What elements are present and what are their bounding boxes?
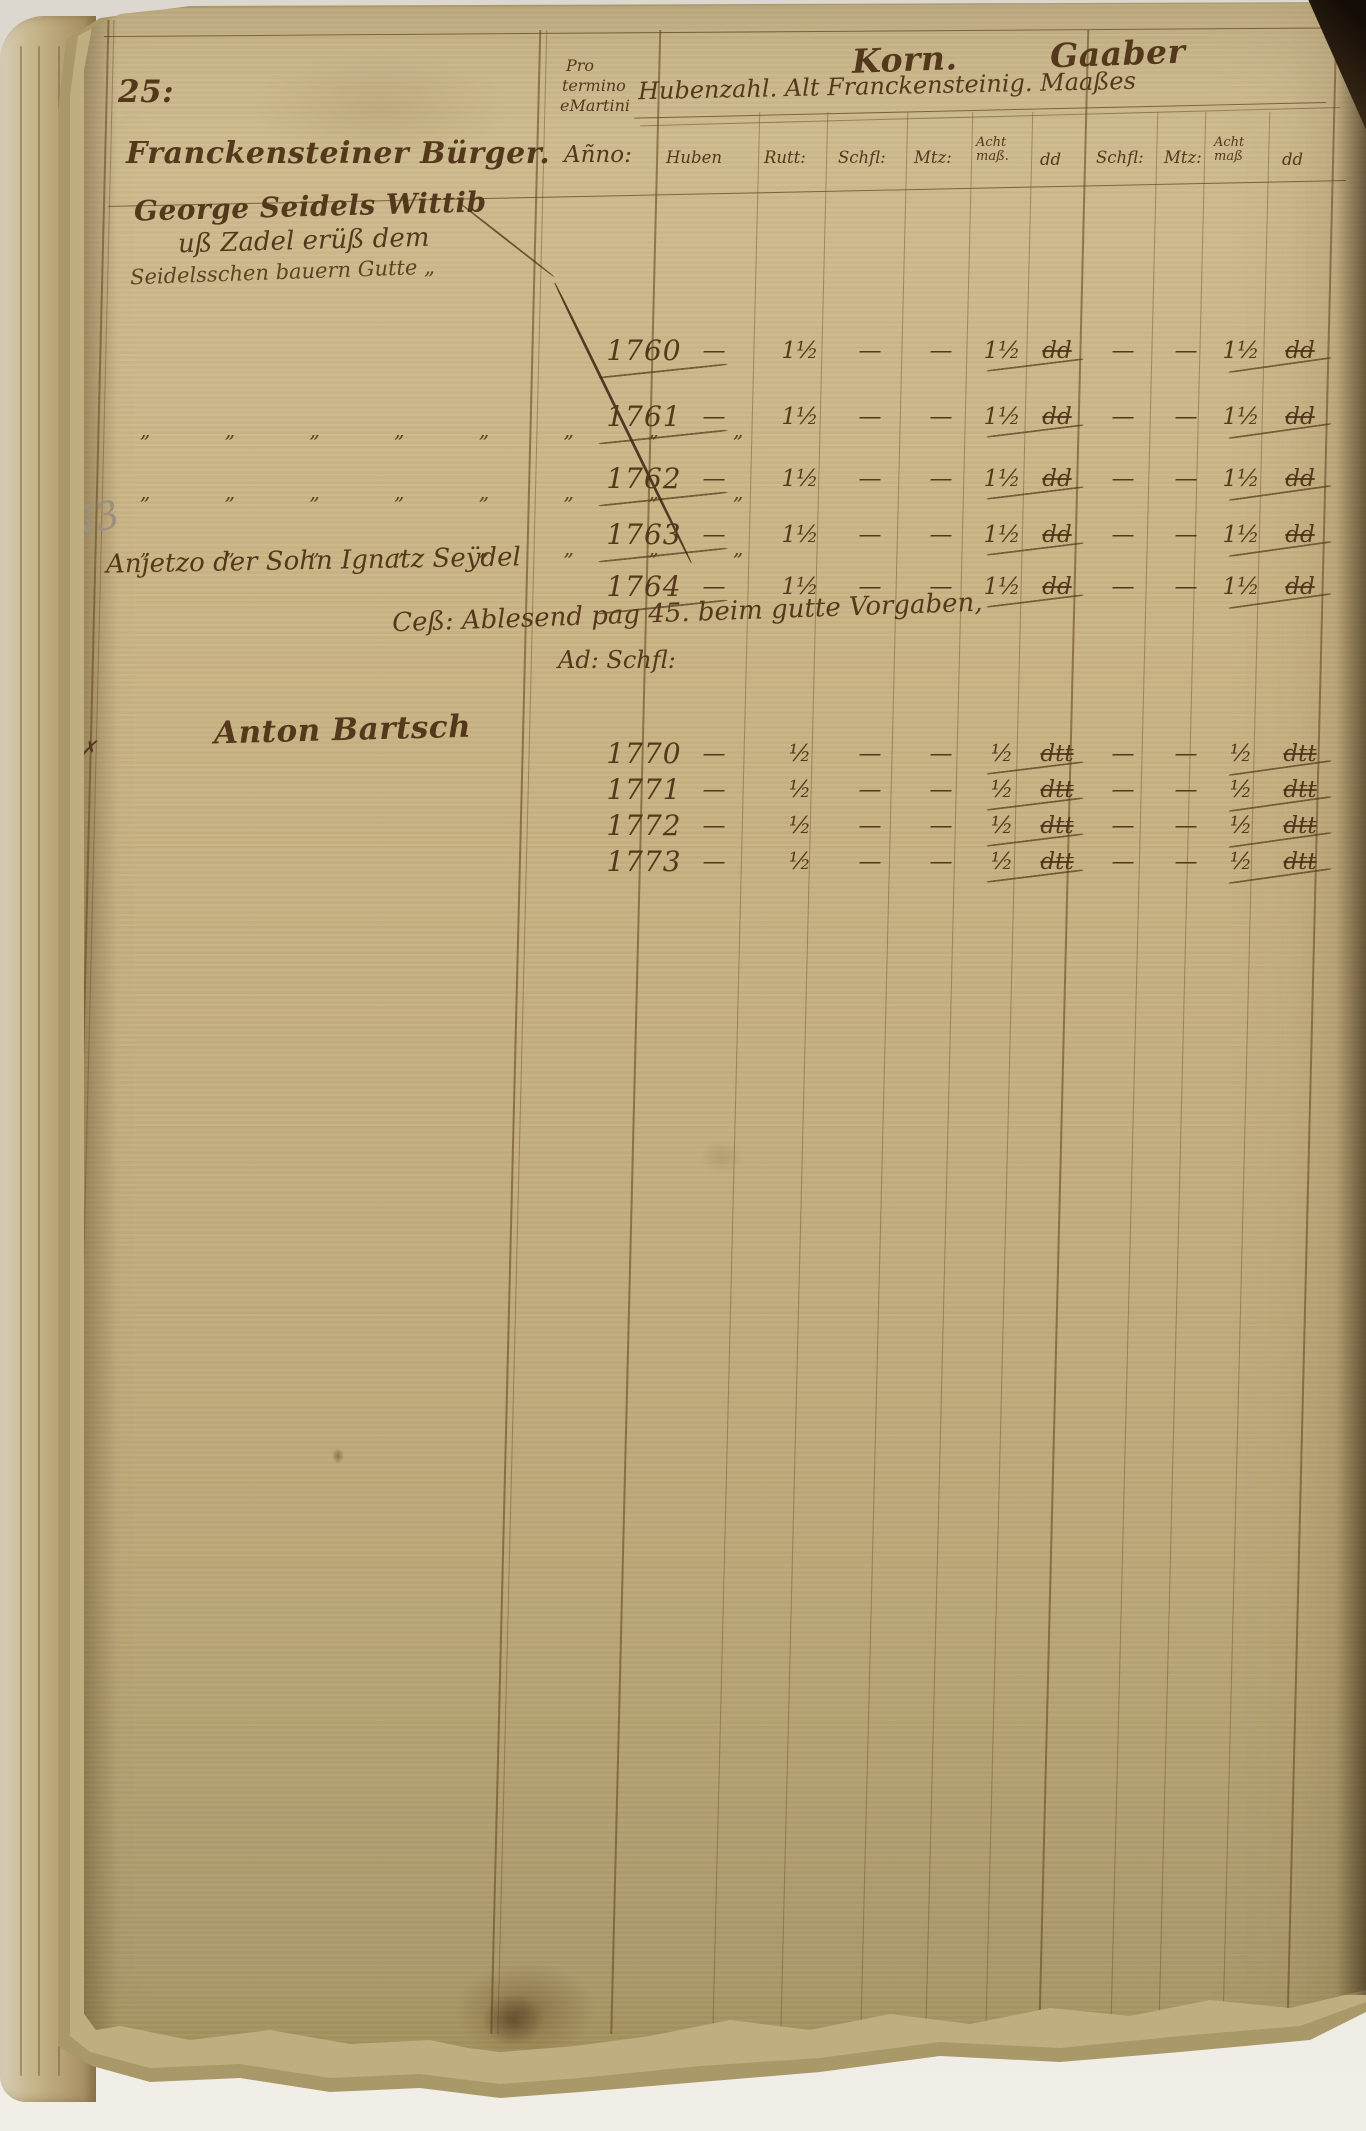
gaaber-schfl-cell: —: [1112, 404, 1135, 430]
ledger-sheet: 25: Korn. Gaaber Hubenzahl. Alt Francken…: [0, 0, 1366, 2131]
schfl-cell: —: [859, 338, 882, 364]
column-rule: [860, 112, 908, 2034]
column-label-rutt: Rutt:: [764, 148, 806, 167]
column-label-dd-2: dd: [1282, 150, 1303, 169]
dd-cell: dd: [1042, 574, 1071, 600]
achtmass-cell: 1½: [984, 522, 1021, 548]
gaaber-mtz-cell: —: [1175, 849, 1198, 875]
year-cell: 1772: [606, 809, 681, 842]
gaaber-schfl-cell: —: [1112, 522, 1135, 548]
achtmass-cell: ½: [991, 849, 1013, 875]
achtmass-cell: ½: [991, 777, 1013, 803]
schfl-cell: —: [859, 404, 882, 430]
rutt-cell: ½: [789, 741, 811, 767]
gaaber-dd-cell: dtt: [1283, 849, 1316, 875]
page-curl-shadow: [1336, 0, 1366, 1995]
rutt-cell: 1½: [782, 522, 819, 548]
dd-cell: dd: [1042, 522, 1071, 548]
gaaber-schfl-cell: —: [1112, 466, 1135, 492]
rutt-cell: 1½: [782, 338, 819, 364]
column-rule: [1158, 112, 1206, 2034]
gaaber-achtmass-cell: 1½: [1223, 338, 1260, 364]
mtz-cell: —: [930, 522, 953, 548]
gaaber-achtmass-cell: ½: [1230, 741, 1252, 767]
gaaber-dd-cell: dd: [1285, 466, 1314, 492]
entry-name-anton-bartsch: Anton Bartsch: [214, 709, 472, 752]
gaaber-achtmass-cell: ½: [1230, 777, 1252, 803]
dd-cell: dtt: [1040, 777, 1073, 803]
gaaber-dd-cell: dtt: [1283, 813, 1316, 839]
paper-speck: [332, 1448, 344, 1464]
paper-stain: [700, 1140, 744, 1174]
gaaber-achtmass-cell: 1½: [1223, 574, 1260, 600]
mtz-cell: —: [930, 404, 953, 430]
column-rule: [1286, 24, 1337, 2034]
rutt-cell: 1½: [782, 404, 819, 430]
huben-cell: —: [703, 338, 726, 364]
huben-cell: —: [703, 777, 726, 803]
year-cell: 1760: [606, 334, 681, 367]
column-label-mtz: Mtz:: [914, 148, 952, 167]
schfl-cell: —: [859, 813, 882, 839]
gaaber-mtz-cell: —: [1175, 813, 1198, 839]
gaaber-achtmass-cell: 1½: [1223, 522, 1260, 548]
gaaber-mtz-cell: —: [1175, 777, 1198, 803]
term-line-pro: Pro: [566, 56, 594, 75]
schfl-cell: —: [859, 466, 882, 492]
gaaber-schfl-cell: —: [1112, 741, 1135, 767]
scanned-ledger-page: 25: Korn. Gaaber Hubenzahl. Alt Francken…: [0, 0, 1366, 2131]
term-line-termino: termino: [562, 76, 626, 95]
gaaber-schfl-cell: —: [1112, 574, 1135, 600]
cession-addendum: Ad: Schfl:: [558, 646, 676, 674]
column-rule: [712, 112, 760, 2034]
gaaber-mtz-cell: —: [1175, 338, 1198, 364]
gaaber-dd-cell: dd: [1285, 574, 1314, 600]
gaaber-dd-cell: dtt: [1283, 777, 1316, 803]
rutt-cell: 1½: [782, 466, 819, 492]
gaaber-achtmass-cell: ½: [1230, 849, 1252, 875]
gaaber-dd-cell: dd: [1285, 338, 1314, 364]
gaaber-schfl-cell: —: [1112, 813, 1135, 839]
column-label-mtz-2: Mtz:: [1164, 148, 1202, 167]
dd-cell: dd: [1042, 338, 1071, 364]
gaaber-schfl-cell: —: [1112, 849, 1135, 875]
gaaber-achtmass-cell: 1½: [1223, 466, 1260, 492]
column-rule: [985, 112, 1033, 2034]
gaaber-mtz-cell: —: [1175, 574, 1198, 600]
rutt-cell: ½: [789, 849, 811, 875]
gaaber-mtz-cell: —: [1175, 404, 1198, 430]
achtmass-cell: 1½: [984, 338, 1021, 364]
column-rule: [497, 30, 547, 2034]
rutt-cell: ½: [789, 777, 811, 803]
year-cell: 1771: [606, 773, 681, 806]
gaaber-dd-cell: dd: [1285, 404, 1314, 430]
dd-cell: dtt: [1040, 813, 1073, 839]
mtz-cell: —: [930, 849, 953, 875]
column-rule: [780, 112, 828, 2034]
ditto-marks: „ „ „ „ „ „ „ „: [140, 480, 777, 504]
column-label-huben: Huben: [666, 148, 722, 167]
achtmass-cell: 1½: [984, 466, 1021, 492]
column-rule: [610, 30, 660, 2034]
column-label-schfl-2: Schfl:: [1096, 148, 1144, 167]
year-cell: 1770: [606, 737, 681, 770]
gaaber-mtz-cell: —: [1175, 522, 1198, 548]
anno-column-label: Añno:: [564, 142, 632, 168]
gaaber-mtz-cell: —: [1175, 466, 1198, 492]
huben-cell: —: [703, 849, 726, 875]
mtz-cell: —: [930, 777, 953, 803]
column-label-schfl: Schfl:: [838, 148, 886, 167]
mtz-cell: —: [930, 466, 953, 492]
achtmass-cell: 1½: [984, 574, 1021, 600]
dd-cell: dtt: [1040, 741, 1073, 767]
rutt-cell: ½: [789, 813, 811, 839]
column-rule: [1038, 30, 1088, 2034]
schfl-cell: —: [859, 849, 882, 875]
gaaber-achtmass-cell: 1½: [1223, 404, 1260, 430]
gaaber-dd-cell: dtt: [1283, 741, 1316, 767]
schfl-cell: —: [859, 777, 882, 803]
column-label-dd: dd: [1040, 150, 1061, 169]
page-number: 25:: [118, 74, 174, 110]
table-rules: [0, 0, 1366, 2131]
schfl-cell: —: [859, 741, 882, 767]
schfl-cell: —: [859, 522, 882, 548]
ink-bleedthrough: [250, 52, 510, 162]
column-label-achtmass: Acht maß.: [976, 136, 1034, 163]
year-cell: 1773: [606, 845, 681, 878]
ditto-marks: „ „ „ „ „ „ „ „: [140, 418, 777, 442]
huben-cell: —: [703, 741, 726, 767]
gaaber-achtmass-cell: ½: [1230, 813, 1252, 839]
column-rule: [490, 30, 540, 2034]
achtmass-cell: 1½: [984, 404, 1021, 430]
gaaber-mtz-cell: —: [1175, 741, 1198, 767]
mtz-cell: —: [930, 741, 953, 767]
ink-stain: [482, 1994, 544, 2046]
dd-cell: dtt: [1040, 849, 1073, 875]
page-edge-line: [38, 46, 40, 2076]
achtmass-cell: ½: [991, 813, 1013, 839]
column-rule: [1110, 112, 1158, 2034]
gaaber-schfl-cell: —: [1112, 338, 1135, 364]
mtz-cell: —: [930, 338, 953, 364]
gaaber-dd-cell: dd: [1285, 522, 1314, 548]
achtmass-cell: ½: [991, 741, 1013, 767]
mtz-cell: —: [930, 813, 953, 839]
page-edge-line: [20, 46, 22, 2076]
huben-cell: —: [703, 813, 726, 839]
column-rule: [925, 112, 973, 2034]
column-label-achtmass-2: Acht maß: [1214, 136, 1272, 163]
dd-cell: dd: [1042, 466, 1071, 492]
column-rule: [1222, 112, 1270, 2034]
gaaber-schfl-cell: —: [1112, 777, 1135, 803]
term-line-martini: eMartini: [560, 96, 630, 115]
dd-cell: dd: [1042, 404, 1071, 430]
